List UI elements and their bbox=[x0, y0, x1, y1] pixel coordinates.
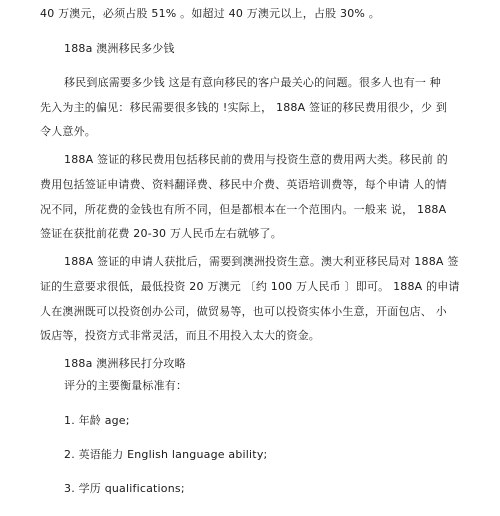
text-line: 移民到底需要多少钱 这是有意向移民的客户最关心的问题。很多人也有一 种 bbox=[64, 76, 441, 90]
list-item-qualifications: 3. 学历 qualifications; bbox=[64, 482, 185, 496]
text-line: 饭店等，投资方式非常灵活，而且不用投入太大的资金。 bbox=[40, 329, 320, 343]
text-line: 评分的主要衡量标准有： bbox=[64, 379, 187, 393]
document-page: 40 万澳元，必须占股 51% 。如超过 40 万澳元以上，占股 30% 。 1… bbox=[0, 0, 500, 516]
text-line: 费用包括签证申请费、资料翻译费、移民中介费、英语培训费等，每个申请 人的情 bbox=[40, 178, 447, 192]
text-line: 先入为主的偏见：移民需要很多钱的 !实际上， 188A 签证的移民费用很少，少 … bbox=[40, 101, 447, 115]
section-heading-scoring: 188a 澳洲移民打分攻略 bbox=[64, 357, 186, 371]
text-line: 188A 签证的申请人获批后，需要到澳洲投资生意。澳大利亚移民局对 188A 签 bbox=[64, 255, 459, 269]
text-line: 188A 签证的移民费用包括移民前的费用与投资生意的费用两大类。移民前 的 bbox=[64, 153, 448, 167]
text-line: 令人意外。 bbox=[40, 125, 96, 139]
text-line: 人在澳洲既可以投资创办公司，做贸易等，也可以投资实体小生意，开面包店、 小 bbox=[40, 305, 447, 319]
list-item-english: 2. 英语能力 English language ability; bbox=[64, 448, 267, 462]
text-line: 况不同，所花费的金钱也有所不同，但是都根本在一个范围内。一般来 说， 188A bbox=[40, 203, 446, 217]
text-line: 签证在获批前花费 20-30 万人民币左右就够了。 bbox=[40, 227, 282, 241]
list-item-age: 1. 年龄 age; bbox=[64, 414, 130, 428]
text-line: 证的生意要求很低，最低投资 20 万澳元 〔约 100 万人民币 〕即可。 18… bbox=[40, 280, 460, 294]
text-line: 40 万澳元，必须占股 51% 。如超过 40 万澳元以上，占股 30% 。 bbox=[40, 7, 380, 21]
section-heading-cost: 188a 澳洲移民多少钱 bbox=[64, 42, 175, 56]
